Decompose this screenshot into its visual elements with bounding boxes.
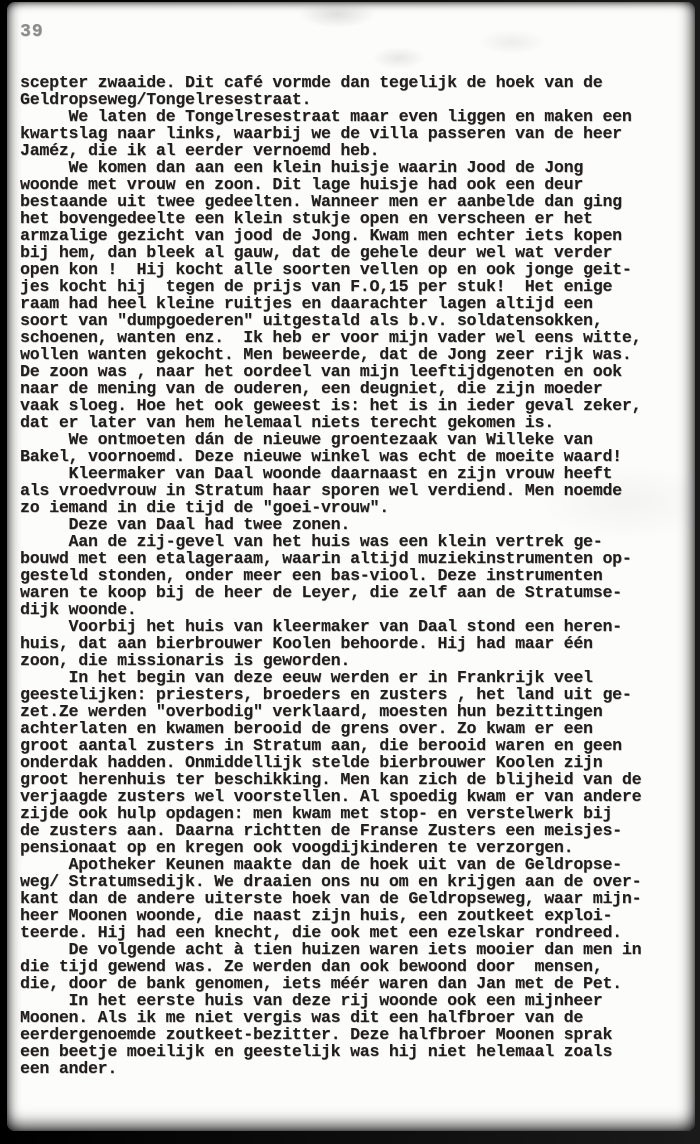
page-number: 39 (20, 22, 44, 42)
scanned-page: 39 scepter zwaaide. Dit café vormde dan … (7, 2, 695, 1131)
page-body-text: scepter zwaaide. Dit café vormde dan teg… (20, 74, 641, 1077)
